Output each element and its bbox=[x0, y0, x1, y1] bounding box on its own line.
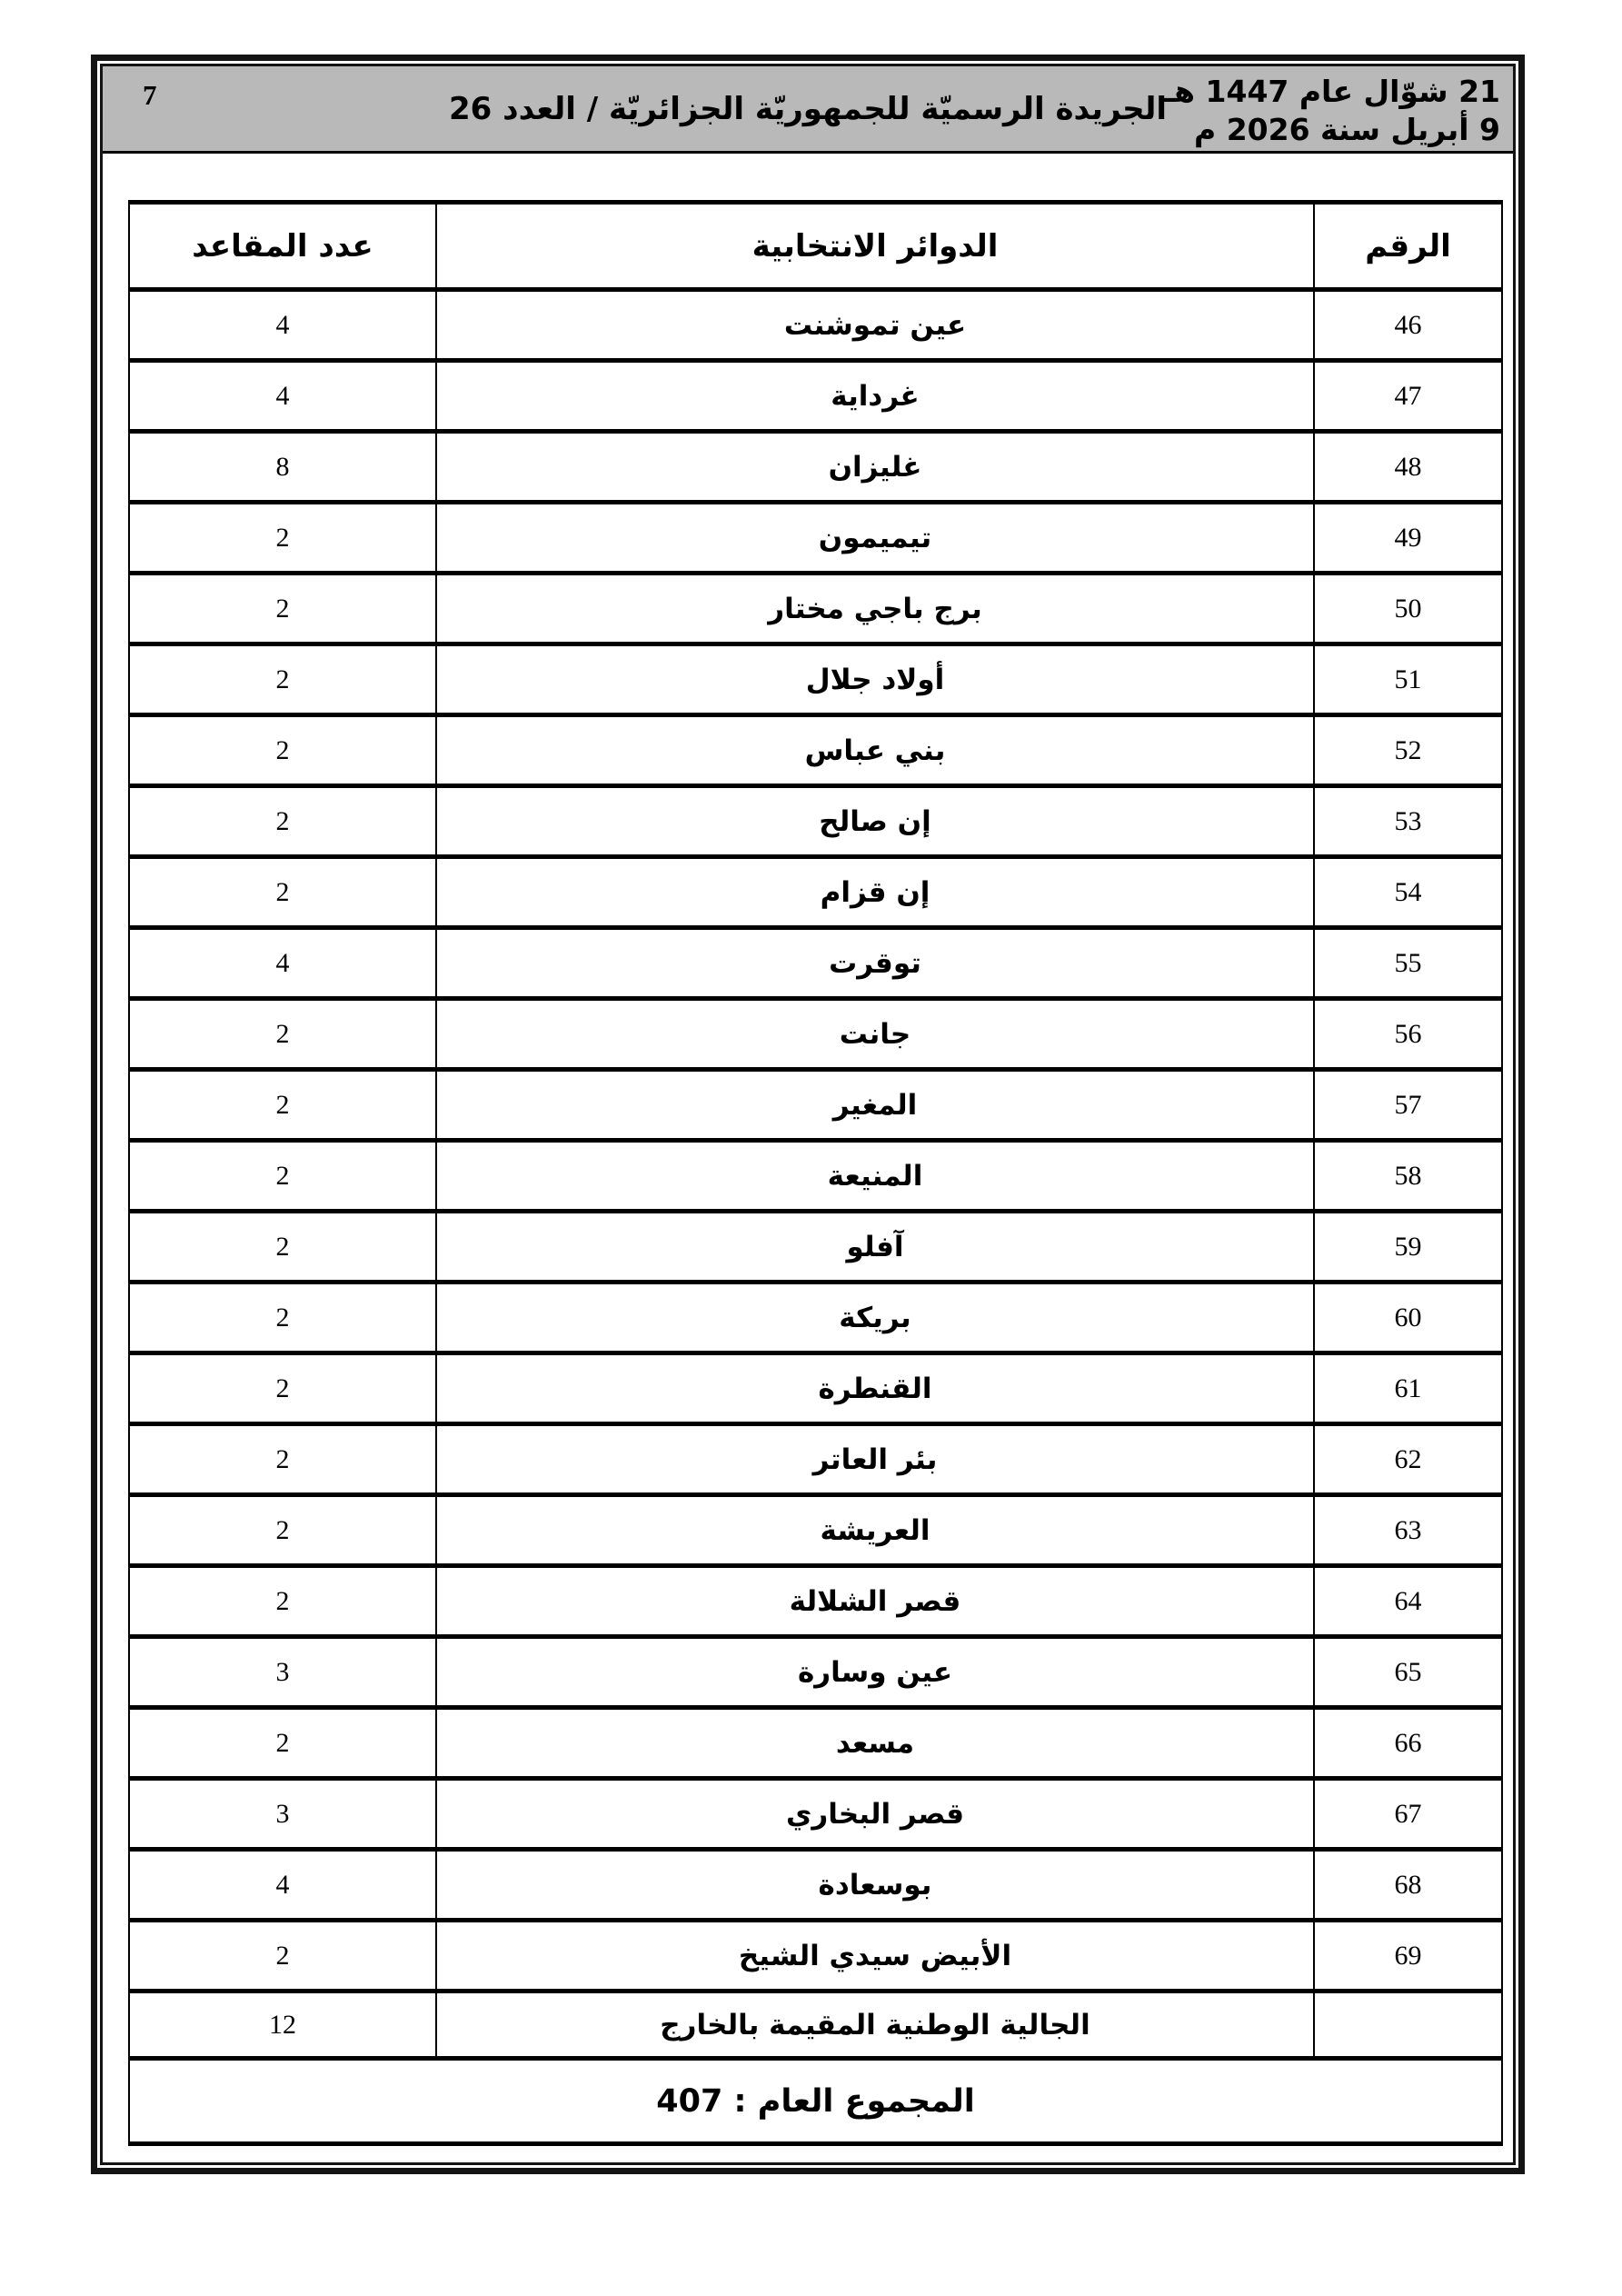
district-name-cell: قصر الشلالة bbox=[436, 1566, 1314, 1637]
row-number-cell: 53 bbox=[1314, 786, 1502, 857]
district-name-cell: عين وسارة bbox=[436, 1637, 1314, 1708]
district-name-cell: غليزان bbox=[436, 432, 1314, 503]
district-name-cell: بني عباس bbox=[436, 715, 1314, 786]
district-name-cell: إن قزام bbox=[436, 857, 1314, 928]
district-name-cell: برج باجي مختار bbox=[436, 574, 1314, 644]
seats-count-cell: 2 bbox=[129, 999, 436, 1070]
seats-count-cell: 2 bbox=[129, 1566, 436, 1637]
row-number-cell: 66 bbox=[1314, 1708, 1502, 1779]
table-row: 52 بني عباس 2 bbox=[129, 715, 1502, 786]
district-name-cell: مسعد bbox=[436, 1708, 1314, 1779]
seats-count-cell: 2 bbox=[129, 1353, 436, 1424]
row-number-cell: 51 bbox=[1314, 644, 1502, 715]
seats-count-cell: 4 bbox=[129, 1850, 436, 1921]
row-number-cell: 61 bbox=[1314, 1353, 1502, 1424]
table-row: 61 القنطرة 2 bbox=[129, 1353, 1502, 1424]
district-name-cell: العريشة bbox=[436, 1495, 1314, 1566]
page-number: 7 bbox=[103, 79, 157, 139]
issue-dates: 21 شوّال عام 1447 هـ 9 أبريل سنة 2026 م bbox=[1164, 69, 1513, 149]
seats-count-cell: 2 bbox=[129, 1495, 436, 1566]
district-name-cell: بريكة bbox=[436, 1283, 1314, 1353]
table-row: 63 العريشة 2 bbox=[129, 1495, 1502, 1566]
districts-table: الرقم الدوائر الانتخابية عدد المقاعد 46 … bbox=[128, 200, 1503, 2146]
row-number-cell bbox=[1314, 1992, 1502, 2059]
row-number-cell: 65 bbox=[1314, 1637, 1502, 1708]
seats-count-cell: 8 bbox=[129, 432, 436, 503]
table-row: 62 بئر العاتر 2 bbox=[129, 1424, 1502, 1495]
column-header-district: الدوائر الانتخابية bbox=[436, 203, 1314, 290]
seats-count-cell: 2 bbox=[129, 715, 436, 786]
seats-count-cell: 4 bbox=[129, 928, 436, 999]
district-name-cell: الأبيض سيدي الشيخ bbox=[436, 1921, 1314, 1992]
seats-count-cell: 2 bbox=[129, 1212, 436, 1283]
district-name-cell: عين تموشنت bbox=[436, 290, 1314, 361]
district-name-cell: الجالية الوطنية المقيمة بالخارج bbox=[436, 1992, 1314, 2059]
seats-count-cell: 2 bbox=[129, 1708, 436, 1779]
district-name-cell: آفلو bbox=[436, 1212, 1314, 1283]
row-number-cell: 48 bbox=[1314, 432, 1502, 503]
row-number-cell: 67 bbox=[1314, 1779, 1502, 1850]
row-number-cell: 69 bbox=[1314, 1921, 1502, 1992]
table-row: 64 قصر الشلالة 2 bbox=[129, 1566, 1502, 1637]
total-row: المجموع العام : 407 bbox=[129, 2059, 1502, 2144]
gazette-page: { "page": { "number": "7", "header": { "… bbox=[0, 0, 1622, 2296]
table-row: الجالية الوطنية المقيمة بالخارج 12 bbox=[129, 1992, 1502, 2059]
hijri-date: 21 شوّال عام 1447 هـ bbox=[1164, 73, 1500, 111]
row-number-cell: 46 bbox=[1314, 290, 1502, 361]
row-number-cell: 56 bbox=[1314, 999, 1502, 1070]
seats-count-cell: 2 bbox=[129, 1283, 436, 1353]
seats-count-cell: 3 bbox=[129, 1779, 436, 1850]
table-row: 49 تيميمون 2 bbox=[129, 503, 1502, 574]
seats-count-cell: 2 bbox=[129, 574, 436, 644]
seats-count-cell: 2 bbox=[129, 1141, 436, 1212]
table-row: 53 إن صالح 2 bbox=[129, 786, 1502, 857]
row-number-cell: 49 bbox=[1314, 503, 1502, 574]
table-row: 55 توقرت 4 bbox=[129, 928, 1502, 999]
table-row: 65 عين وسارة 3 bbox=[129, 1637, 1502, 1708]
district-name-cell: المنيعة bbox=[436, 1141, 1314, 1212]
table-row: 68 بوسعادة 4 bbox=[129, 1850, 1502, 1921]
district-name-cell: تيميمون bbox=[436, 503, 1314, 574]
seats-count-cell: 2 bbox=[129, 1424, 436, 1495]
table-row: 57 المغير 2 bbox=[129, 1070, 1502, 1141]
row-number-cell: 52 bbox=[1314, 715, 1502, 786]
row-number-cell: 59 bbox=[1314, 1212, 1502, 1283]
district-name-cell: غرداية bbox=[436, 361, 1314, 432]
table-body: 46 عين تموشنت 4 47 غرداية 4 48 غليزان 8 … bbox=[129, 290, 1502, 2059]
grand-total: المجموع العام : 407 bbox=[129, 2059, 1502, 2144]
district-name-cell: توقرت bbox=[436, 928, 1314, 999]
seats-count-cell: 4 bbox=[129, 290, 436, 361]
table-row: 48 غليزان 8 bbox=[129, 432, 1502, 503]
table-row: 69 الأبيض سيدي الشيخ 2 bbox=[129, 1921, 1502, 1992]
table-row: 50 برج باجي مختار 2 bbox=[129, 574, 1502, 644]
row-number-cell: 58 bbox=[1314, 1141, 1502, 1212]
table-row: 51 أولاد جلال 2 bbox=[129, 644, 1502, 715]
district-name-cell: جانت bbox=[436, 999, 1314, 1070]
seats-count-cell: 3 bbox=[129, 1637, 436, 1708]
gregorian-date: 9 أبريل سنة 2026 م bbox=[1164, 111, 1500, 149]
district-name-cell: بئر العاتر bbox=[436, 1424, 1314, 1495]
seats-count-cell: 2 bbox=[129, 857, 436, 928]
row-number-cell: 60 bbox=[1314, 1283, 1502, 1353]
running-head-band: 21 شوّال عام 1447 هـ 9 أبريل سنة 2026 م … bbox=[103, 66, 1513, 154]
table-row: 46 عين تموشنت 4 bbox=[129, 290, 1502, 361]
seats-count-cell: 2 bbox=[129, 644, 436, 715]
table-row: 58 المنيعة 2 bbox=[129, 1141, 1502, 1212]
district-name-cell: المغير bbox=[436, 1070, 1314, 1141]
table-row: 47 غرداية 4 bbox=[129, 361, 1502, 432]
row-number-cell: 55 bbox=[1314, 928, 1502, 999]
row-number-cell: 64 bbox=[1314, 1566, 1502, 1637]
table-header-row: الرقم الدوائر الانتخابية عدد المقاعد bbox=[129, 203, 1502, 290]
table-row: 66 مسعد 2 bbox=[129, 1708, 1502, 1779]
column-header-number: الرقم bbox=[1314, 203, 1502, 290]
district-name-cell: إن صالح bbox=[436, 786, 1314, 857]
table-row: 67 قصر البخاري 3 bbox=[129, 1779, 1502, 1850]
table-row: 56 جانت 2 bbox=[129, 999, 1502, 1070]
seats-count-cell: 4 bbox=[129, 361, 436, 432]
seats-count-cell: 12 bbox=[129, 1992, 436, 2059]
row-number-cell: 63 bbox=[1314, 1495, 1502, 1566]
seats-count-cell: 2 bbox=[129, 786, 436, 857]
district-name-cell: قصر البخاري bbox=[436, 1779, 1314, 1850]
row-number-cell: 54 bbox=[1314, 857, 1502, 928]
row-number-cell: 47 bbox=[1314, 361, 1502, 432]
district-name-cell: بوسعادة bbox=[436, 1850, 1314, 1921]
seats-count-cell: 2 bbox=[129, 503, 436, 574]
district-name-cell: القنطرة bbox=[436, 1353, 1314, 1424]
table-row: 59 آفلو 2 bbox=[129, 1212, 1502, 1283]
row-number-cell: 62 bbox=[1314, 1424, 1502, 1495]
row-number-cell: 68 bbox=[1314, 1850, 1502, 1921]
table-row: 60 بريكة 2 bbox=[129, 1283, 1502, 1353]
column-header-seats: عدد المقاعد bbox=[129, 203, 436, 290]
district-name-cell: أولاد جلال bbox=[436, 644, 1314, 715]
row-number-cell: 57 bbox=[1314, 1070, 1502, 1141]
seats-count-cell: 2 bbox=[129, 1921, 436, 1992]
row-number-cell: 50 bbox=[1314, 574, 1502, 644]
table-row: 54 إن قزام 2 bbox=[129, 857, 1502, 928]
seats-count-cell: 2 bbox=[129, 1070, 436, 1141]
